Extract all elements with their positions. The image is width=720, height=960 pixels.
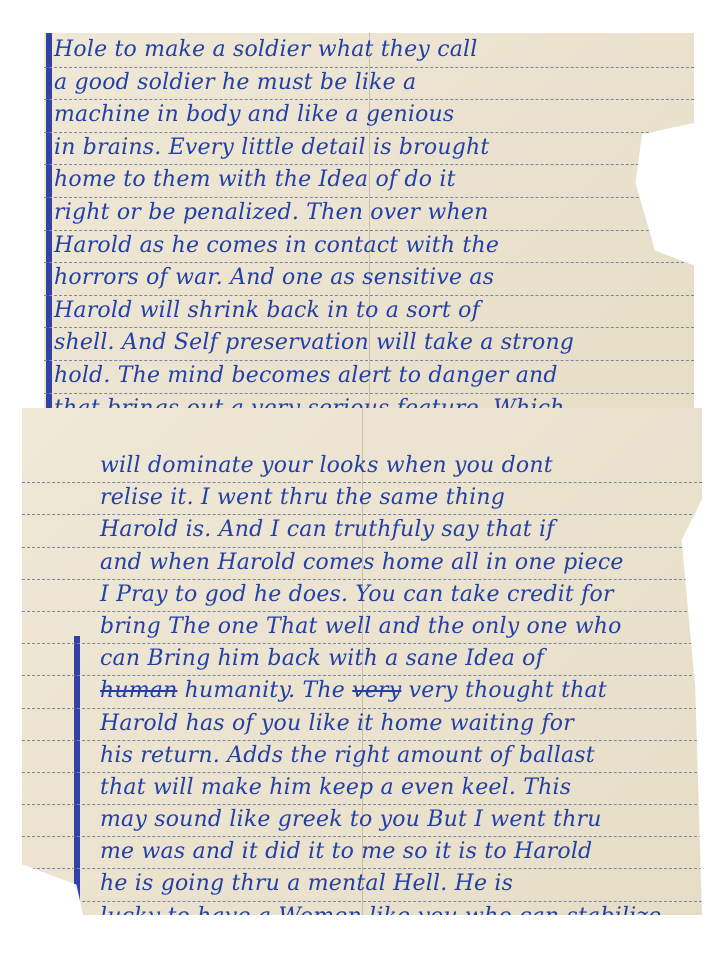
handwritten-line: his return. Adds the right amount of bal… <box>22 741 702 773</box>
handwritten-line-with-insert: that will make him keep a even keel. Thi… <box>22 773 702 805</box>
handwritten-line-with-strikethrough: human humanity. The very very thought th… <box>22 676 702 708</box>
handwritten-line: I Pray to god he does. You can take cred… <box>22 580 702 612</box>
handwritten-line: may sound like greek to you But I went t… <box>22 805 702 837</box>
handwritten-line: he is going thru a mental Hell. He is <box>22 869 702 901</box>
handwritten-line: right or be penalized. Then over when <box>44 198 694 231</box>
handwritten-line: and when Harold comes home all in one pi… <box>22 548 702 580</box>
handwritten-line: home to them with the Idea of do it <box>44 165 694 198</box>
handwritten-line: Harold has of you like it home waiting f… <box>22 709 702 741</box>
handwritten-text-block-top: Hole to make a soldier what they call a … <box>44 35 694 408</box>
handwritten-line: Harold as he comes in contact with the <box>44 231 694 264</box>
handwritten-line: will dominate your looks when you dont <box>22 451 702 483</box>
handwritten-line: shell. And Self preservation will take a… <box>44 328 694 361</box>
letter-page-top-fragment: Hole to make a soldier what they call a … <box>44 33 694 408</box>
handwritten-line: lucky to have a Women like you who can s… <box>22 902 702 915</box>
handwritten-line: machine in body and like a genious <box>44 100 694 133</box>
handwritten-line: Hole to make a soldier what they call <box>44 35 694 68</box>
letter-page-bottom-fragment: will dominate your looks when you dont r… <box>22 408 702 915</box>
handwritten-line: relise it. I went thru the same thing <box>22 483 702 515</box>
handwritten-line: can Bring him back with a sane Idea of <box>22 644 702 676</box>
handwritten-line: Harold will shrink back in to a sort of <box>44 296 694 329</box>
handwritten-line: Harold is. And I can truthfuly say that … <box>22 515 702 547</box>
handwritten-line: horrors of war. And one as sensitive as <box>44 263 694 296</box>
handwritten-line: me was and it did it to me so it is to H… <box>22 837 702 869</box>
handwritten-line: bring The one That well and the only one… <box>22 612 702 644</box>
handwritten-text-block-bottom: will dominate your looks when you dont r… <box>22 451 702 915</box>
handwritten-line: that brings out a very serious feature. … <box>44 394 694 408</box>
handwritten-line: a good soldier he must be like a <box>44 68 694 101</box>
handwritten-line: hold. The mind becomes alert to danger a… <box>44 361 694 394</box>
handwritten-line: in brains. Every little detail is brough… <box>44 133 694 166</box>
